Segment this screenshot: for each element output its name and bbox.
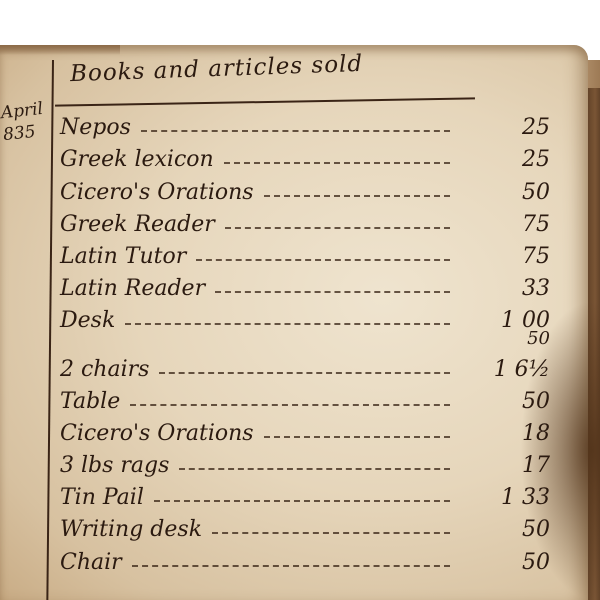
leader-dashes	[159, 372, 450, 374]
item-amount: 50	[460, 517, 550, 542]
item-amount: 50	[460, 328, 550, 349]
ledger-row: Cicero's Orations 18	[60, 414, 580, 446]
leader-dashes	[264, 436, 450, 438]
leader-dashes	[224, 162, 450, 164]
ledger-entries: Nepos 25 Greek lexicon 25 Cicero's Orati…	[60, 108, 580, 575]
item-name: Chair	[60, 550, 122, 575]
ledger-row: Cicero's Orations 50	[60, 172, 580, 204]
item-amount: 50	[460, 389, 550, 414]
leader-dashes	[125, 323, 450, 325]
item-amount: 33	[460, 276, 550, 301]
item-amount: 75	[460, 212, 550, 237]
item-name: Writing desk	[60, 517, 202, 542]
item-name: Latin Reader	[60, 276, 205, 301]
item-name: Nepos	[60, 115, 131, 140]
item-amount: 25	[460, 115, 550, 140]
item-amount: 75	[460, 244, 550, 269]
item-amount: 18	[460, 421, 550, 446]
leader-dashes	[264, 195, 450, 197]
item-name: 3 lbs rags	[60, 453, 169, 478]
leader-dashes	[130, 404, 450, 406]
ledger-row: Table 50	[60, 382, 580, 414]
leader-dashes	[225, 227, 450, 229]
item-amount: 50	[460, 550, 550, 575]
ledger-row: Greek Reader 75	[60, 205, 580, 237]
item-name: Greek lexicon	[60, 147, 214, 172]
item-name: Desk	[60, 308, 115, 333]
item-amount: 1 6½	[460, 357, 550, 382]
ledger-row: Tin Pail 1 33	[60, 478, 580, 510]
entry-date: April 835	[0, 98, 46, 146]
item-name: Table	[60, 389, 120, 414]
item-name: Tin Pail	[60, 485, 144, 510]
ledger-row: 50	[60, 333, 580, 349]
leader-dashes	[141, 130, 450, 132]
ledger-row: Chair 50	[60, 542, 580, 574]
item-name: Greek Reader	[60, 212, 215, 237]
item-amount: 25	[460, 147, 550, 172]
ledger-row: 2 chairs 1 6½	[60, 349, 580, 381]
leader-dashes	[196, 259, 450, 261]
ledger-row: Nepos 25	[60, 108, 580, 140]
page-top-wear	[0, 45, 120, 55]
leader-dashes	[212, 532, 450, 534]
item-amount: 17	[460, 453, 550, 478]
item-name: Cicero's Orations	[60, 421, 254, 446]
leader-dashes	[154, 500, 450, 502]
leader-dashes	[179, 468, 450, 470]
ledger-row: Latin Reader 33	[60, 269, 580, 301]
date-year: 835	[2, 120, 46, 146]
item-amount: 50	[460, 180, 550, 205]
item-name: Latin Tutor	[60, 244, 186, 269]
ledger-row: Greek lexicon 25	[60, 140, 580, 172]
ledger-row: Writing desk 50	[60, 510, 580, 542]
date-month: April	[0, 98, 44, 124]
item-name: Cicero's Orations	[60, 180, 254, 205]
ledger-row: Latin Tutor 75	[60, 237, 580, 269]
item-name: 2 chairs	[60, 357, 149, 382]
ledger-row: 3 lbs rags 17	[60, 446, 580, 478]
item-amount: 1 33	[460, 485, 550, 510]
leader-dashes	[215, 291, 450, 293]
leader-dashes	[132, 565, 450, 567]
